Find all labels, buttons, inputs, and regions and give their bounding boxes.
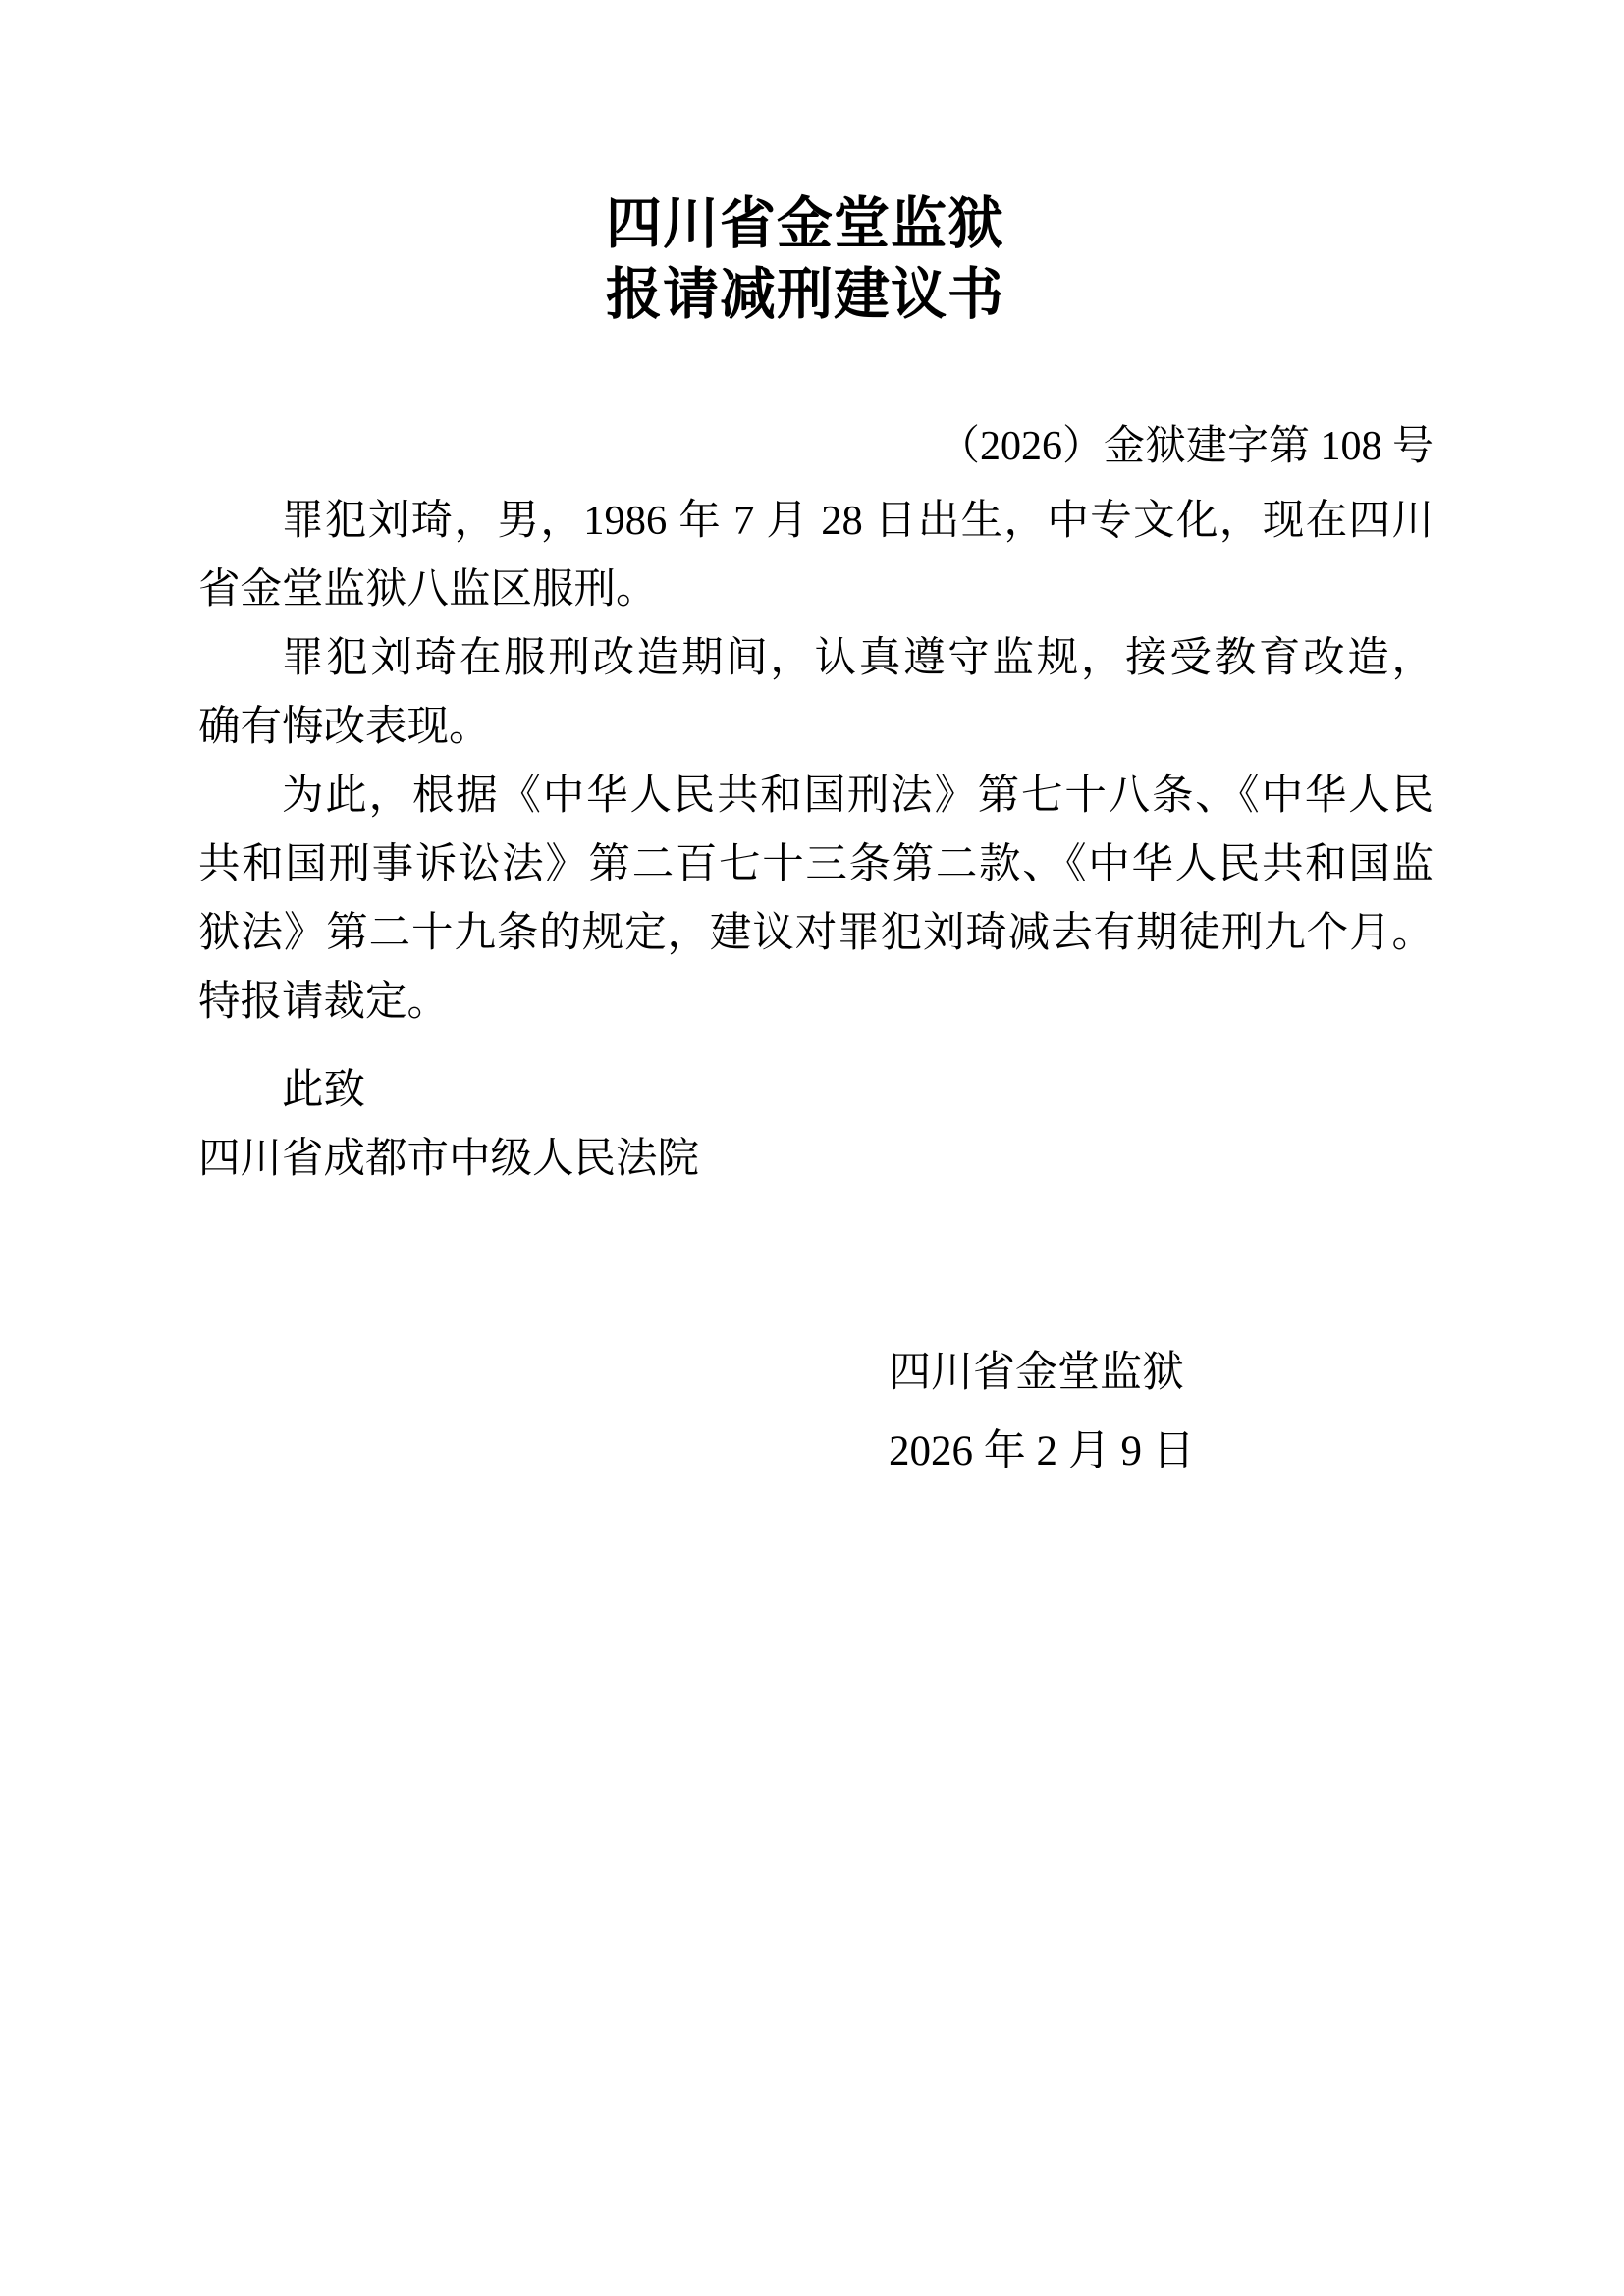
body-line: 罪犯刘琦在服刑改造期间，认真遵守监规，接受教育改造， <box>198 624 1434 693</box>
signature-block: 四川省金堂监狱 2026 年 2 月 9 日 <box>889 1334 1195 1491</box>
body-line: 确有悔改表现。 <box>198 693 1434 762</box>
document-page: 四川省金堂监狱 报请减刑建议书 （2026）金狱建字第 108 号 罪犯刘琦，男… <box>0 0 1624 2296</box>
body-line: 省金堂监狱八监区服刑。 <box>198 556 1434 624</box>
recipient-court: 四川省成都市中级人民法院 <box>198 1125 1434 1194</box>
body-line: 狱法》第二十九条的规定，建议对罪犯刘琦减去有期徒刑九个月。 <box>198 899 1434 968</box>
document-title-line2: 报请减刑建议书 <box>0 259 1610 330</box>
doc-reference-number: （2026）金狱建字第 108 号 <box>939 422 1434 471</box>
body-line: 共和国刑事诉讼法》第二百七十三条第二款、《中华人民共和国监 <box>198 830 1434 899</box>
body-line: 为此，根据《中华人民共和国刑法》第七十八条、《中华人民 <box>198 762 1434 830</box>
document-body: 罪犯刘琦，男，1986 年 7 月 28 日出生，中专文化，现在四川 省金堂监狱… <box>198 487 1434 1194</box>
body-line: 罪犯刘琦，男，1986 年 7 月 28 日出生，中专文化，现在四川 <box>198 487 1434 556</box>
document-title-line1: 四川省金堂监狱 <box>0 188 1610 259</box>
body-line: 特报请裁定。 <box>198 968 1434 1037</box>
signature-date: 2026 年 2 月 9 日 <box>889 1413 1195 1491</box>
signature-organization: 四川省金堂监狱 <box>889 1334 1195 1413</box>
closing-salutation: 此致 <box>198 1056 1434 1125</box>
document-title: 四川省金堂监狱 报请减刑建议书 <box>0 188 1610 330</box>
